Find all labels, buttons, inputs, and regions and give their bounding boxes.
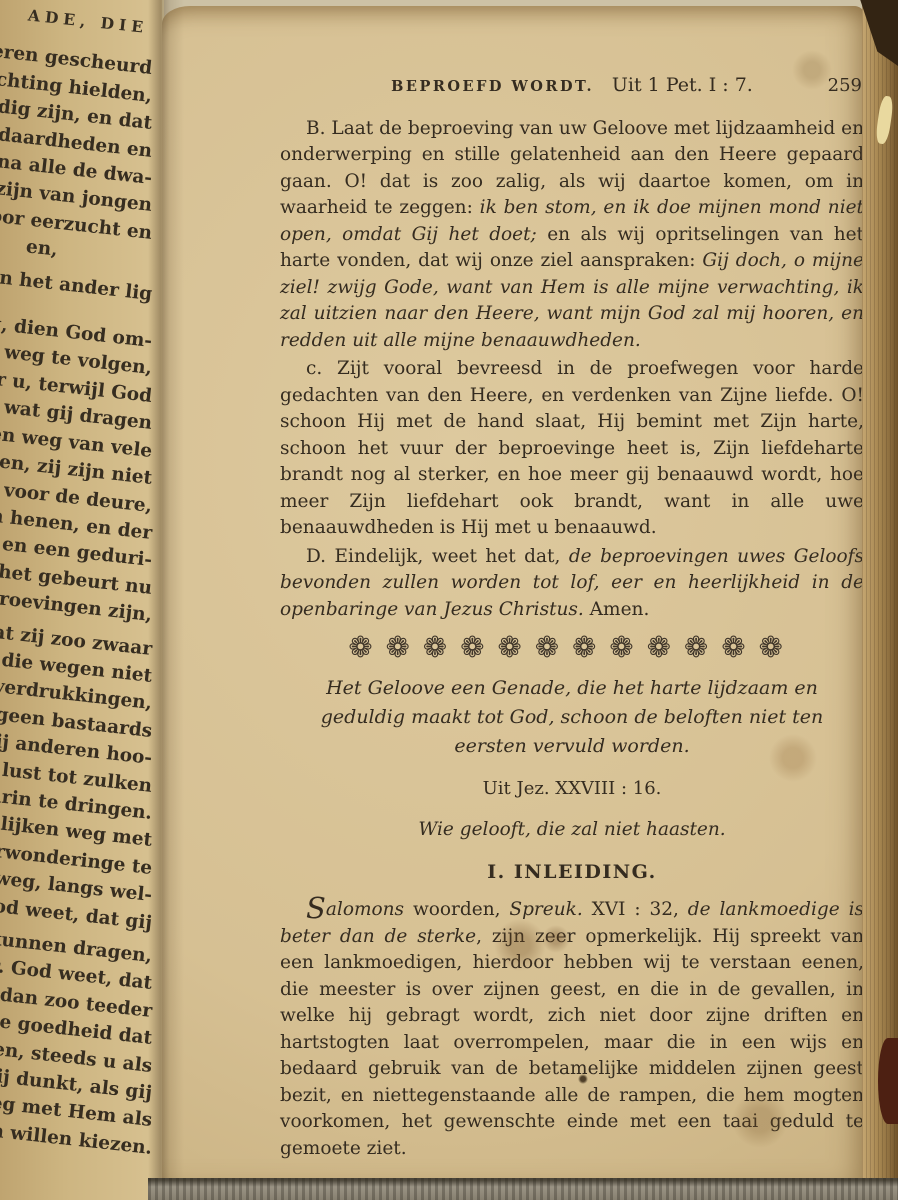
left-page-line-group: omdat zij zoo zwaarzij die wegen nietvel… <box>0 636 152 937</box>
page-number: 259 <box>828 73 862 100</box>
bottom-page-stack <box>148 1178 898 1200</box>
left-page-running-header: ADE, DIE <box>0 0 149 41</box>
text-segment: woorden, <box>404 899 509 920</box>
text-segment: c. Zijt vooral bevreesd in de proefwegen… <box>280 358 864 538</box>
left-page-line-group: zoudt kunnen dragen,r voor. God weet, da… <box>0 943 152 1162</box>
running-header-title: BEPROEFD WORDT. <box>391 78 594 95</box>
text-segment: Amen. <box>584 599 650 620</box>
main-page-text-column: BEPROEFD WORDT. Uit 1 Pet. I : 7. 259 B.… <box>280 72 864 1164</box>
scripture-reference: Uit Jez. XXVIII : 16. <box>280 776 864 803</box>
left-page-line-group: n weg, dien God om-n eigen weg te volgen… <box>0 328 152 629</box>
text-segment: D. Eindelijk, weet het dat, <box>306 546 569 567</box>
left-page-text-fragments: alkanderen gescheurdhoogachting hielden,… <box>0 55 152 1162</box>
left-page-line-group: alkanderen gescheurdhoogachting hielden,… <box>0 55 152 274</box>
text-segment: S <box>306 891 326 925</box>
text-segment: alomons <box>326 899 404 920</box>
paragraph-inleiding: Salomons woorden, Spreuk. XVI : 32, de l… <box>280 894 864 1162</box>
left-page-text: ADE, DIE alkanderen gescheurdhoogachting… <box>0 14 152 1162</box>
paragraph-d: D. Eindelijk, weet het dat, de beproevin… <box>280 544 864 624</box>
running-header: BEPROEFD WORDT. Uit 1 Pet. I : 7. 259 <box>280 72 864 101</box>
book-gutter-shadow <box>148 0 184 1200</box>
running-header-reference: Uit 1 Pet. I : 7. <box>612 74 753 96</box>
paragraph-b: B. Laat de beproeving van uw Geloove met… <box>280 116 864 355</box>
edge-dark-mark <box>878 1038 898 1124</box>
scripture-quote: Wie gelooft, die zal niet haasten. <box>280 817 864 844</box>
text-segment: XVI : 32, <box>583 899 688 920</box>
text-segment: Spreuk. <box>509 899 582 920</box>
section-heading: I. INLEIDING. <box>280 859 864 886</box>
motto-text: Het Geloove een Genade, die het harte li… <box>315 674 829 761</box>
left-page-line-group: een en het ander lig <box>0 281 152 308</box>
floral-ornament-row: ❁❁❁❁❁❁❁❁❁❁❁❁ <box>280 634 864 661</box>
fore-edge-page-stack <box>862 0 898 1200</box>
left-page: ADE, DIE alkanderen gescheurdhoogachting… <box>0 0 164 1200</box>
text-segment: , zijn zeer opmerkelijk. Hij spreekt van… <box>280 926 864 1159</box>
paragraph-c: c. Zijt vooral bevreesd in de proefwegen… <box>280 356 864 542</box>
